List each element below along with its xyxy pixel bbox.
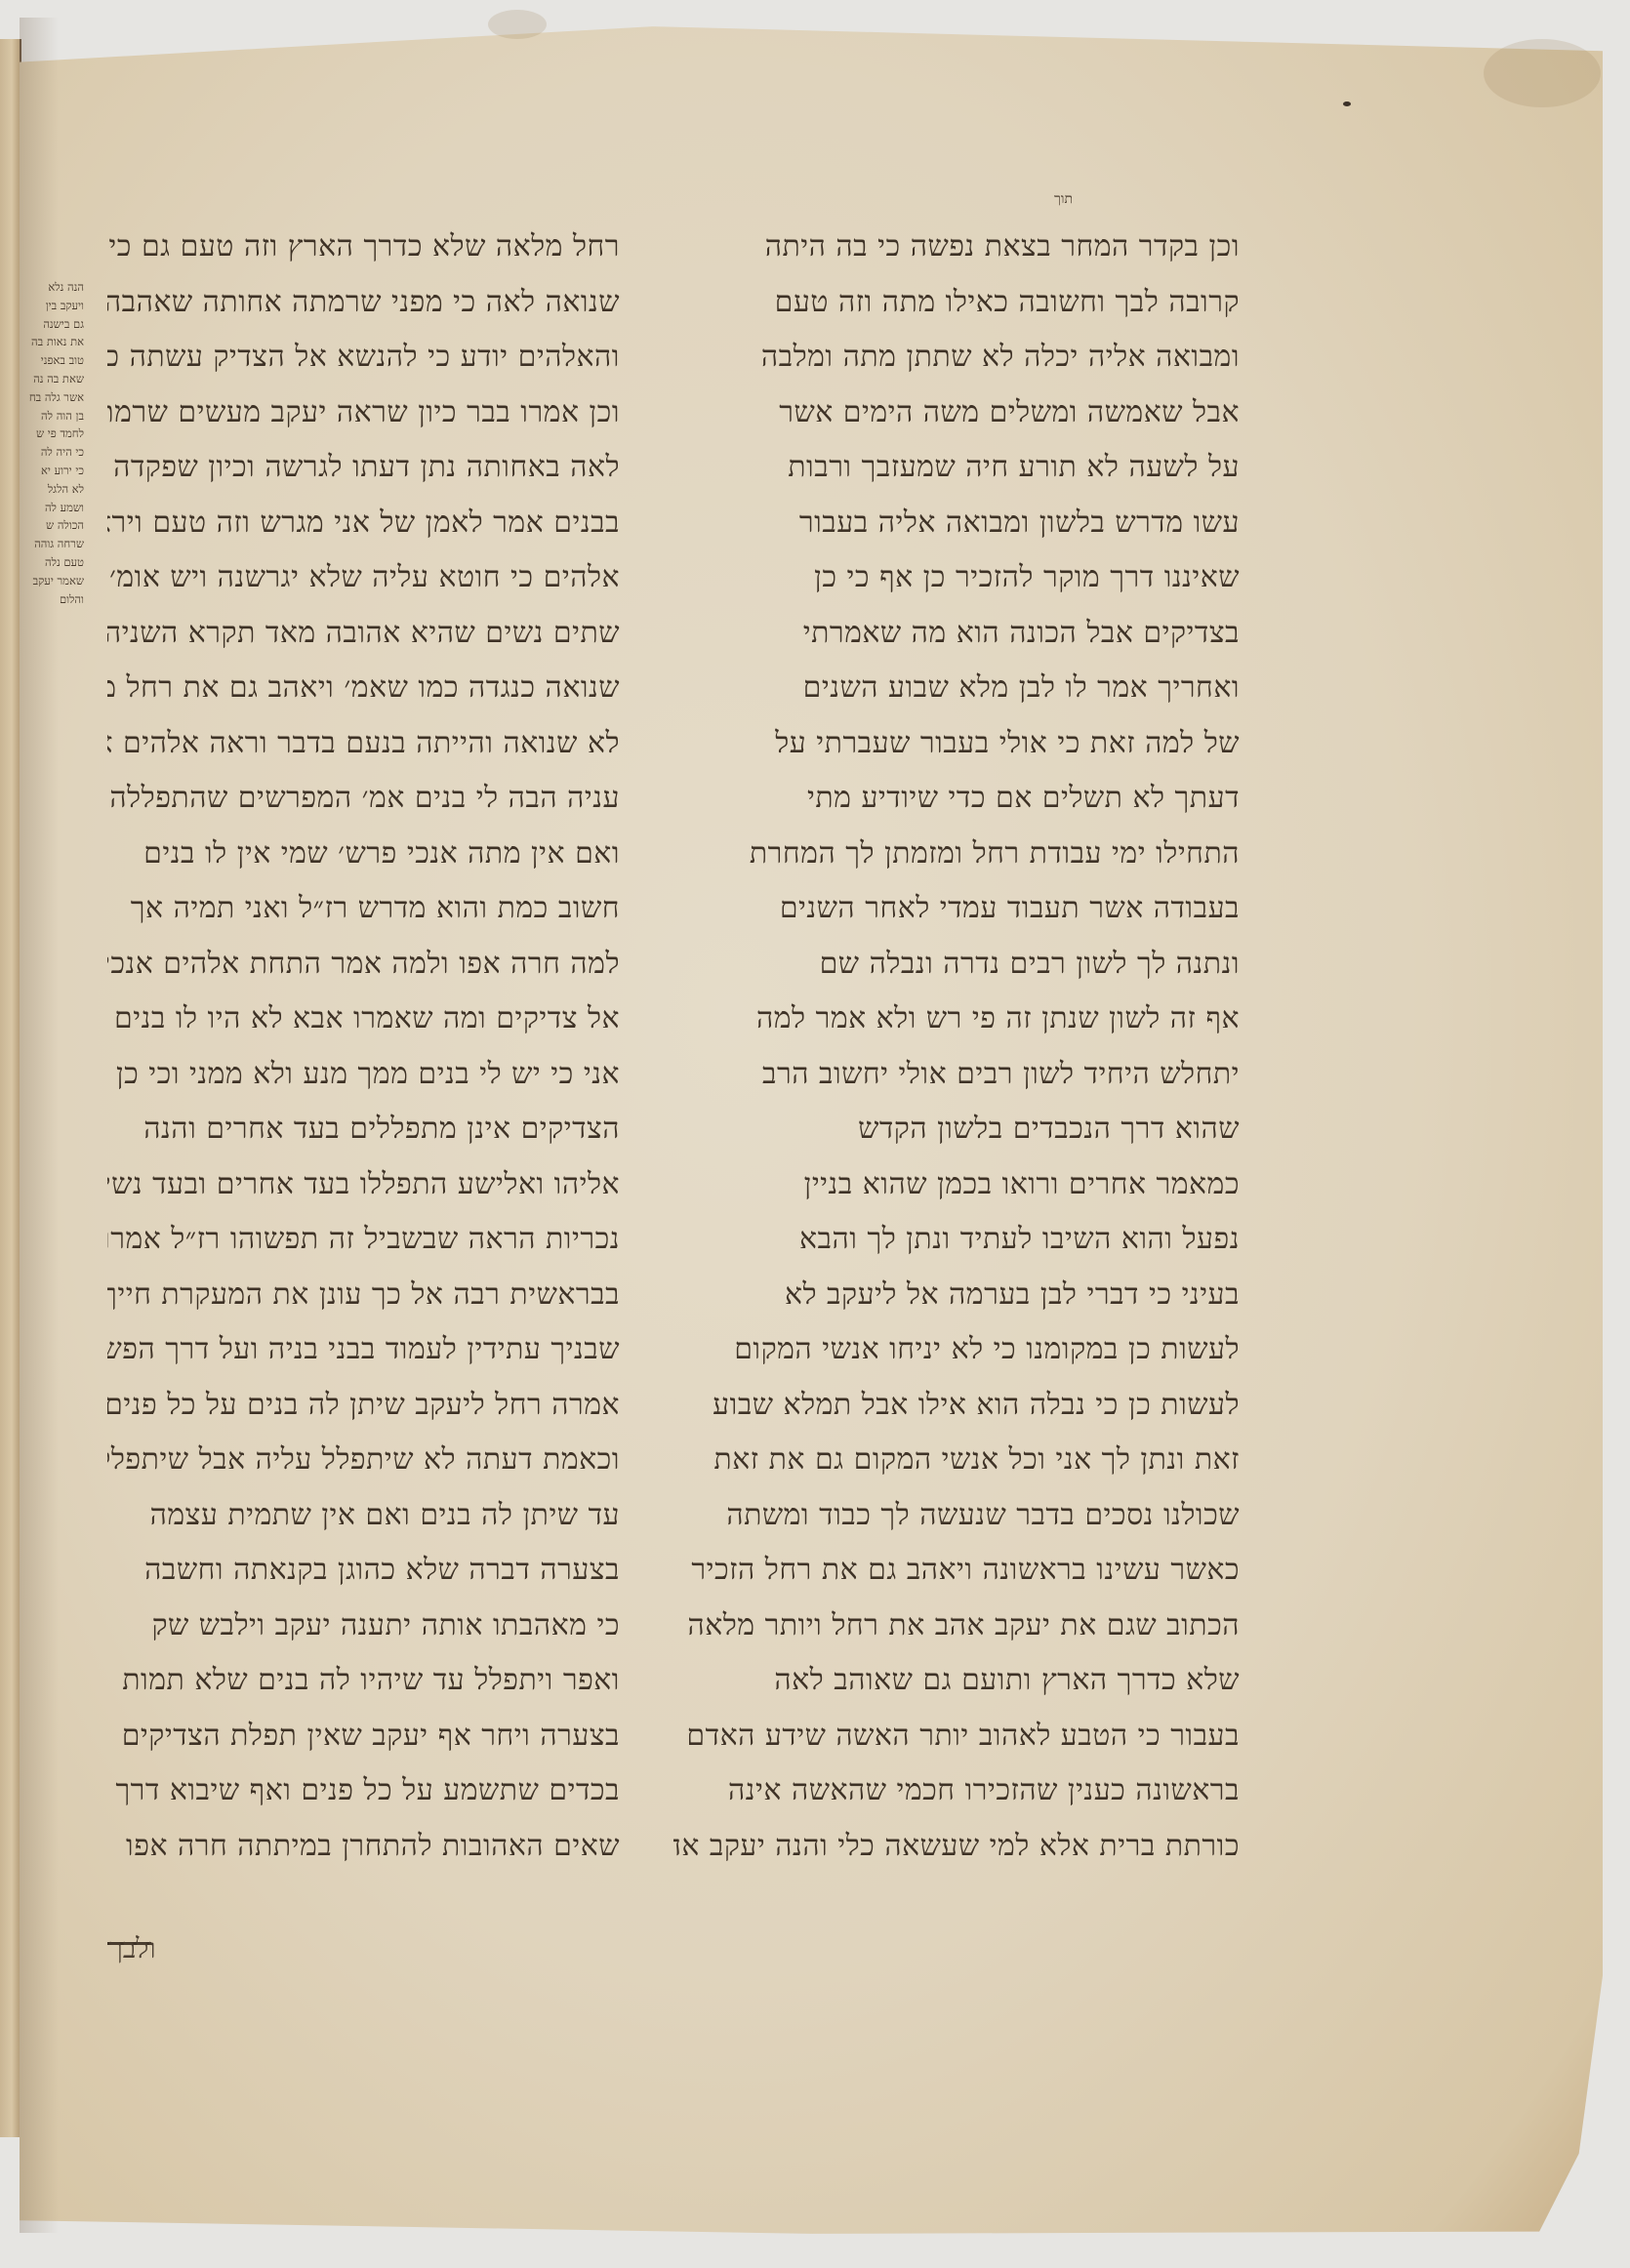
text-line: זאת ונתן לך אני וכל אנשי המקום גם את זאת xyxy=(673,1433,1240,1488)
marginal-annotation: הנה נלא ויעקב בין גם בישנה את נאות בה טו… xyxy=(21,278,84,608)
margin-line: ויעקב בין xyxy=(21,297,84,315)
text-line: בעבור כי הטבע לאהוב יותר האשה שידע האדם xyxy=(673,1709,1240,1764)
ink-speck xyxy=(1343,101,1351,106)
text-line: יתחלש היחיד לשון רבים אולי יחשוב הרב xyxy=(673,1047,1240,1103)
text-line: לעשות כן כי נבלה הוא אילו אבל תמלא שבוע xyxy=(673,1378,1240,1434)
margin-line: הנה נלא xyxy=(21,278,84,297)
margin-line: כי היה לה xyxy=(21,443,84,462)
text-line: ואחריך אמר לו לבן מלא שבוע השנים xyxy=(673,661,1240,716)
margin-line: את נאות בה xyxy=(21,333,84,351)
text-line: וכן אמרו בבר כיון שראה יעקב מעשים שרמתה xyxy=(107,385,620,441)
text-line: כורתת ברית אלא למי שעשאה כלי והנה יעקב א… xyxy=(673,1819,1240,1875)
text-line: בעיני כי דברי לבן בערמה אל ליעקב לא xyxy=(673,1268,1240,1323)
text-line: התחילו ימי עבודת רחל ומזמתן לך המחרת xyxy=(673,827,1240,882)
text-line: לעשות כן במקומנו כי לא יניחו אנשי המקום xyxy=(673,1322,1240,1378)
right-text-column: וכן בקדר המחר בצאת נפשה כי בה היתה קרובה… xyxy=(673,220,1240,1874)
text-line: שהוא דרך הנכבדים בלשון הקדש xyxy=(673,1102,1240,1157)
text-line: אף זה לשון שנתן זה פי רש ולא אמר למה xyxy=(673,992,1240,1047)
margin-line: הכולה ש xyxy=(21,516,84,535)
margin-line: טעם נלה xyxy=(21,553,84,572)
margin-line: כי ירוע יא xyxy=(21,462,84,480)
text-line: בעבודה אשר תעבוד עמדי לאחר השנים xyxy=(673,881,1240,937)
text-line: שכולנו נסכים בדבר שנעשה לך כבוד ומשתה xyxy=(673,1488,1240,1544)
text-line: בצדיקים אבל הכונה הוא מה שאמרתי xyxy=(673,606,1240,662)
margin-line: שרחה גוהה xyxy=(21,535,84,553)
text-line: שנואה לאה כי מפני שרמתה אחותה שאהבה יעקב xyxy=(107,275,620,331)
text-line: דעתך לא תשלים אם כדי שיודיע מתי xyxy=(673,771,1240,827)
text-line: שלא כדרך הארץ ותועם גם שאוהב לאה xyxy=(673,1653,1240,1709)
interlinear-note: תוך xyxy=(1054,191,1073,208)
margin-line: ושמע לה xyxy=(21,499,84,517)
margin-line: טוב באפני xyxy=(21,351,84,370)
catchword: ולבך xyxy=(109,1932,156,1965)
text-line: עד שיתן לה בנים ואם אין שתמית עצמה xyxy=(107,1488,620,1544)
text-line: בבראשית רבה אל כך עונן את המעקרת חייך xyxy=(107,1268,620,1323)
text-line: רחל מלאה שלא כדרך הארץ וזה טעם גם כי xyxy=(107,220,620,275)
text-line: שתים נשים שהיא אהובה מאד תקרא השניה xyxy=(107,606,620,662)
text-line: ונתנה לך לשון רבים נדרה ונבלה שם xyxy=(673,937,1240,992)
paper-stain xyxy=(488,10,547,39)
binding-spine xyxy=(0,39,21,2137)
text-line: כמאמר אחרים ורואו בכמן שהוא בניין xyxy=(673,1157,1240,1213)
text-line: עשו מדרש בלשון ומבואה אליה בעבור xyxy=(673,496,1240,551)
text-line: שבניך עתידין לעמוד בבני בניה ועל דרך הפש… xyxy=(107,1322,620,1378)
margin-line: לחמד פי ש xyxy=(21,425,84,443)
text-line: בצערה דברה שלא כהוגן בקנאתה וחשבה xyxy=(107,1543,620,1599)
text-line: אלהים כי חוטא עליה שלא יגרשנה ויש אומ׳ כ… xyxy=(107,550,620,606)
left-text-column: רחל מלאה שלא כדרך הארץ וזה טעם גם כי שנו… xyxy=(107,220,620,1874)
text-line: ומבואה אליה יכלה לא שתתן מתה ומלבה xyxy=(673,330,1240,385)
text-line: הצדיקים אינן מתפללים בעד אחרים והנה xyxy=(107,1102,620,1157)
text-line: אבל שאמשה ומשלים משה הימים אשר xyxy=(673,385,1240,441)
text-line: וכאמת דעתה לא שיתפלל עליה אבל שיתפלל xyxy=(107,1433,620,1488)
text-line: בבנים אמר לאמן של אני מגרש וזה טעם וירא xyxy=(107,496,620,551)
margin-line: שאת בה נה xyxy=(21,370,84,388)
text-line: וכן בקדר המחר בצאת נפשה כי בה היתה xyxy=(673,220,1240,275)
text-line: שנואה כנגדה כמו שאמ׳ ויאהב גם את רחל מלא… xyxy=(107,661,620,716)
margin-line: אשר גלה בח xyxy=(21,388,84,407)
text-line: הכתוב שגם את יעקב אהב את רחל ויותר מלאה xyxy=(673,1599,1240,1654)
text-line: שאים האהובות להתחרן במיתתה חרה אפו xyxy=(107,1819,620,1875)
text-line: בראשונה כענין שהזכירו חכמי שהאשה אינה xyxy=(673,1763,1240,1819)
text-line: כי מאהבתו אותה יתענה יעקב וילבש שק xyxy=(107,1599,620,1654)
margin-line: שאמר יעקב xyxy=(21,572,84,590)
text-line: עניה הבה לי בנים אמ׳ המפרשים שהתפללה על xyxy=(107,771,620,827)
text-line: והאלהים יודע כי להנשא אל הצדיק עשתה כן ע… xyxy=(107,330,620,385)
text-line: שאיננו דרך מוקר להזכיר כן אף כי כן xyxy=(673,550,1240,606)
text-line: נכריות הראה שבשביל זה תפשוהו רז״ל אמרו xyxy=(107,1212,620,1268)
text-line: בכדים שתשמע על כל פנים ואף שיבוא דרך xyxy=(107,1763,620,1819)
margin-line: לא הלגל xyxy=(21,480,84,499)
text-line: נפעל והוא השיבו לעתיד ונתן לך והבא xyxy=(673,1212,1240,1268)
paper-stain xyxy=(1484,39,1601,107)
text-line: של למה זאת כי אולי בעבור שעברתי על xyxy=(673,716,1240,772)
text-line: על לשעה לא תורע חיה שמעזבך ורבות xyxy=(673,440,1240,496)
text-line: לאה באחותה נתן דעתו לגרשה וכיון שפקדה הצ… xyxy=(107,440,620,496)
margin-line: בן הוה לה xyxy=(21,407,84,425)
text-line: כאשר עשינו בראשונה ויאהב גם את רחל הזכיר xyxy=(673,1543,1240,1599)
text-line: לא שנואה והייתה בנעם בדבר וראה אלהים את xyxy=(107,716,620,772)
text-line: חשוב כמת והוא מדרש רז״ל ואני תמיה אך xyxy=(107,881,620,937)
margin-line: והלום xyxy=(21,590,84,609)
text-line: אל צדיקים ומה שאמרו אבא לא היו לו בנים xyxy=(107,992,620,1047)
margin-line: גם בישנה xyxy=(21,315,84,334)
text-line: למה חרה אפו ולמה אמר התחת אלהים אנכי ושו… xyxy=(107,937,620,992)
text-line: אמרה רחל ליעקב שיתן לה בנים על כל פנים xyxy=(107,1378,620,1434)
text-line: בצערה ויחר אף יעקב שאין תפלת הצדיקים xyxy=(107,1709,620,1764)
text-line: קרובה לבך וחשובה כאילו מתה וזה טעם xyxy=(673,275,1240,331)
text-line: ואם אין מתה אנכי פרש׳ שמי אין לו בנים xyxy=(107,827,620,882)
text-line: אליהו ואלישע התפללו בעד אחרים ובעד נשים xyxy=(107,1157,620,1213)
text-line: אני כי יש לי בנים ממך מנע ולא ממני וכי כ… xyxy=(107,1047,620,1103)
text-line: ואפר ויתפלל עד שיהיו לה בנים שלא תמות xyxy=(107,1653,620,1709)
